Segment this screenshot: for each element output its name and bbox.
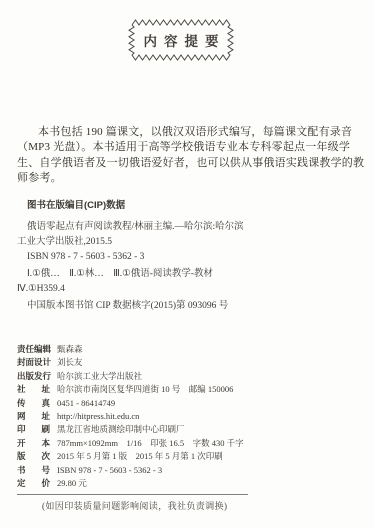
colophon: 责任编辑 甄森森 封面设计 刘长友 出版发行 哈尔滨工业大学出版社 社址 哈尔滨… <box>17 343 362 490</box>
cip-line-classification: Ⅰ.①俄… Ⅱ.①林… Ⅲ.①俄语-阅读教学-教材 <box>17 267 362 282</box>
colophon-row-fax: 传真 0451 - 86414749 <box>17 397 362 410</box>
book-copyright-page: 内容提要 本书包括 190 篇课文，以俄汉双语形式编写，每篇课文配有录音 （MP… <box>0 0 375 528</box>
colophon-value: 2015 年 5 月第 1 版 2015 年 5 月第 1 次印刷 <box>57 450 223 463</box>
colophon-value: 哈尔滨工业大学出版社 <box>57 370 142 383</box>
colophon-row-address: 社址 哈尔滨市南岗区复华四道街 10 号 邮编 150006 <box>17 383 362 396</box>
intro-line: 师参考。 <box>17 171 362 186</box>
colophon-label: 定价 <box>17 477 50 490</box>
colophon-row-website: 网址 http://hitpress.hit.edu.cn <box>17 410 362 423</box>
colophon-label: 书号 <box>17 464 50 477</box>
colophon-row-editor: 责任编辑 甄森森 <box>17 343 362 356</box>
colophon-value: 甄森森 <box>57 343 83 356</box>
colophon-label: 网址 <box>17 410 50 423</box>
colophon-label: 封面设计 <box>17 356 50 369</box>
intro-line: 生、自学俄语者及一切俄语爱好者，也可以供从事俄语实践课教学的教 <box>17 156 362 171</box>
cip-block: 图书在版编目(CIP)数据 俄语零起点有声阅读教程/林丽主编.—哈尔滨:哈尔滨 … <box>17 198 362 314</box>
colophon-row-edition: 版次 2015 年 5 月第 1 版 2015 年 5 月第 1 次印刷 <box>17 450 362 463</box>
colophon-label: 版次 <box>17 450 50 463</box>
colophon-label: 开本 <box>17 437 50 450</box>
colophon-label: 责任编辑 <box>17 343 50 356</box>
colophon-row-printer: 印刷 黑龙江省地质测绘印制中心印刷厂 <box>17 423 362 436</box>
colophon-label: 传真 <box>17 397 50 410</box>
colophon-value: 787mm×1092mm 1/16 印张 16.5 字数 430 千字 <box>57 437 244 450</box>
content-summary-box: 内容提要 <box>127 18 235 62</box>
footer-divider <box>17 494 248 495</box>
colophon-row-publisher: 出版发行 哈尔滨工业大学出版社 <box>17 370 362 383</box>
colophon-row-price: 定价 29.80 元 <box>17 477 362 490</box>
colophon-row-cover-design: 封面设计 刘长友 <box>17 356 362 369</box>
colophon-label: 印刷 <box>17 423 50 436</box>
colophon-value: 刘长友 <box>57 356 83 369</box>
colophon-value: 29.80 元 <box>57 477 87 490</box>
cip-line-isbn: ISBN 978 - 7 - 5603 - 5362 - 3 <box>17 250 362 265</box>
colophon-label: 出版发行 <box>17 370 50 383</box>
cip-title: 图书在版编目(CIP)数据 <box>17 198 362 213</box>
colophon-value: ISBN 978 - 7 - 5603 - 5362 - 3 <box>57 464 162 477</box>
cip-line-publisher: 工业大学出版社,2015.5 <box>17 235 362 250</box>
quality-note: (如因印装质量问题影响阅读，我社负责调换) <box>42 499 227 512</box>
intro-line: （MP3 光盘）。本书适用于高等学校俄语专业本专科零起点一年级学 <box>17 140 362 155</box>
colophon-row-isbn: 书号 ISBN 978 - 7 - 5603 - 5362 - 3 <box>17 464 362 477</box>
colophon-label: 社址 <box>17 383 50 396</box>
colophon-value: 哈尔滨市南岗区复华四道街 10 号 邮编 150006 <box>57 383 233 396</box>
summary-box-title: 内容提要 <box>127 18 235 62</box>
cip-line-class-number: Ⅳ.①H359.4 <box>17 282 362 297</box>
intro-paragraph: 本书包括 190 篇课文，以俄汉双语形式编写，每篇课文配有录音 （MP3 光盘）… <box>17 125 362 186</box>
cip-record-number: 中国版本图书馆 CIP 数据核字(2015)第 093096 号 <box>17 299 362 314</box>
colophon-value: 0451 - 86414749 <box>57 397 115 410</box>
colophon-row-format: 开本 787mm×1092mm 1/16 印张 16.5 字数 430 千字 <box>17 437 362 450</box>
intro-line: 本书包括 190 篇课文，以俄汉双语形式编写，每篇课文配有录音 <box>17 125 362 140</box>
cip-line-title-author: 俄语零起点有声阅读教程/林丽主编.—哈尔滨:哈尔滨 <box>17 220 362 235</box>
colophon-value: 黑龙江省地质测绘印制中心印刷厂 <box>57 423 185 436</box>
colophon-website-url: http://hitpress.hit.edu.cn <box>57 410 139 423</box>
